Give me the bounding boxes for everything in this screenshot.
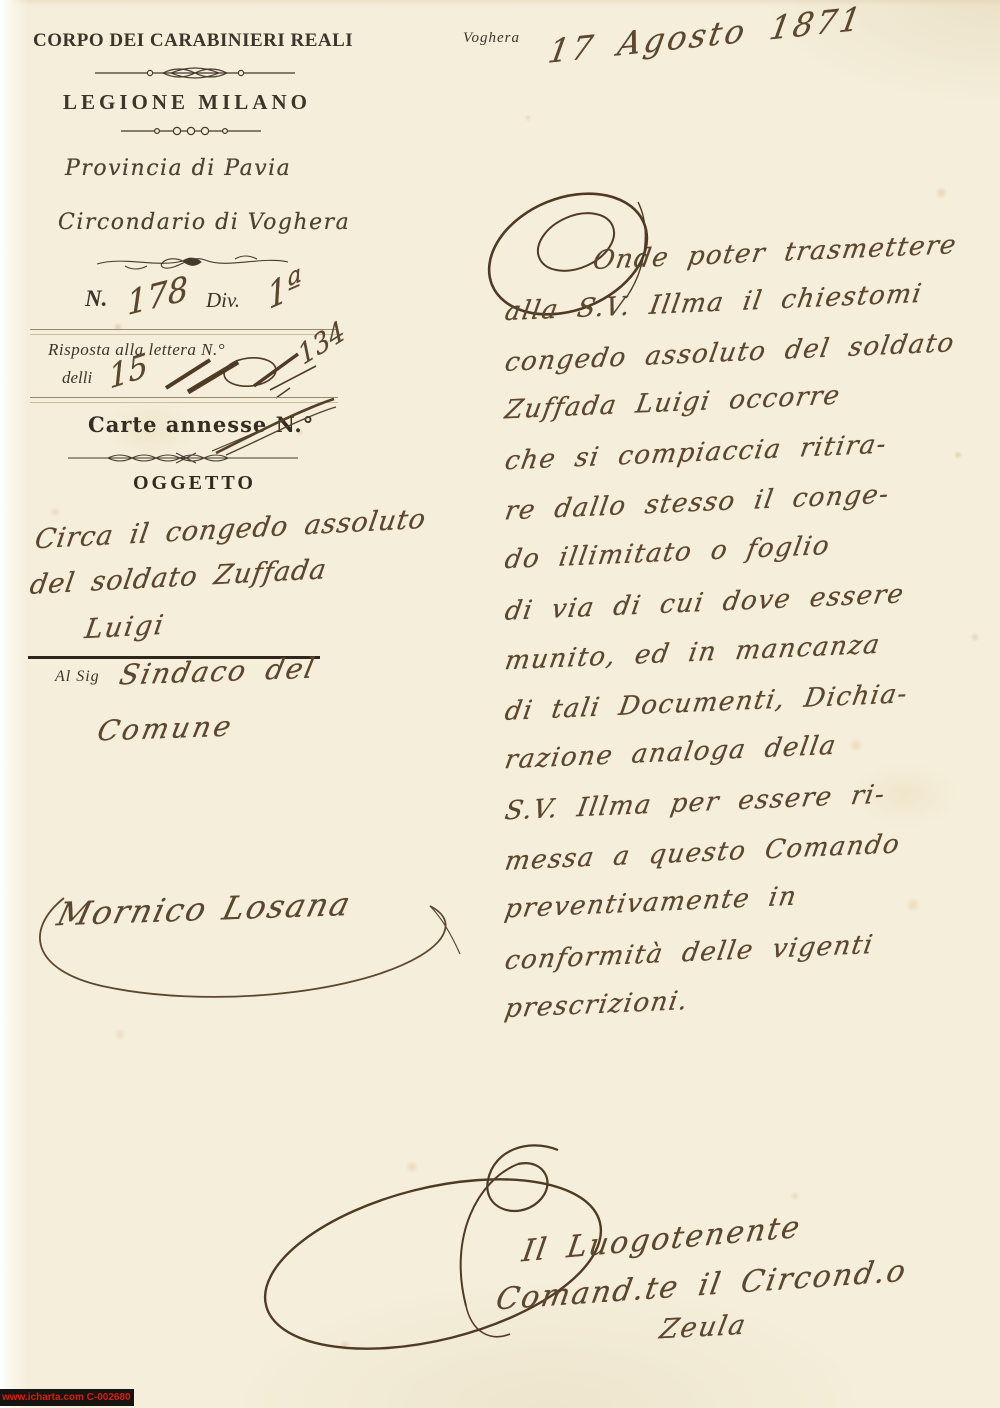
division-label: Div. (206, 288, 240, 313)
recipient-line-1: Sindaco del (117, 651, 320, 691)
body-line: S.V. Illma per essere ri- (503, 780, 888, 827)
body-line: munito, ed in mancanza (503, 630, 883, 677)
number-label: N. (85, 286, 107, 312)
letter-body: Onde poter trasmettere alla S.V. Illma i… (505, 238, 995, 1018)
ink-scribble (158, 342, 323, 400)
salutation-label: Al Sig (55, 668, 100, 686)
subject-heading: OGGETTO (133, 472, 256, 495)
district-line: Circondario di Voghera (58, 210, 350, 235)
body-line: messa a questo Comando (503, 829, 903, 877)
body-line: alla S.V. Illma il chiestomi (503, 279, 925, 327)
body-line: che si compiaccia ritira- (503, 430, 890, 477)
recipient-line-2: Comune (95, 710, 237, 748)
body-line: prescrizioni. (503, 986, 691, 1024)
number-value: 178 (126, 268, 189, 323)
body-line: congedo assoluto del soldato (503, 328, 958, 378)
delli-label: delli (62, 368, 92, 388)
chain-divider-ornament (68, 450, 298, 464)
body-line: preventivamente in (503, 882, 800, 925)
body-line: do illimitato o foglio (503, 531, 833, 575)
flourish-divider-ornament (95, 250, 290, 274)
diamond-divider-ornament (95, 64, 295, 82)
letter-document-page: CORPO DEI CARABINIERI REALI LEGIONE MILA… (0, 0, 1000, 1408)
body-line: Zuffada Luigi occorre (503, 381, 843, 426)
body-line: conformità delle vigenti (503, 930, 876, 976)
body-line: re dallo stesso il conge- (503, 479, 892, 526)
rule-above-reply (30, 329, 338, 335)
attachments-ink-scribble (212, 395, 337, 457)
body-line: di tali Documenti, Dichia- (503, 679, 911, 727)
province-line: Provincia di Pavia (65, 156, 291, 181)
body-line: razione analoga della (503, 731, 840, 776)
place-label: Voghera (463, 30, 520, 47)
signature-name: Zeula (657, 1310, 750, 1346)
subject-line-2: del soldato Zuffada (28, 554, 329, 601)
body-line: di via di cui dove essere (503, 579, 907, 627)
date-value: 17 Agosto 1871 (545, 0, 866, 71)
subject-line-3: Luigi (83, 610, 168, 645)
circle-chain-divider-ornament (121, 124, 261, 138)
legion-title: LEGIONE MILANO (63, 90, 311, 115)
archive-watermark: www.icharta.com C-002680 (0, 1389, 134, 1406)
subject-line-1: Circa il congedo assoluto (33, 504, 429, 556)
corps-title: CORPO DEI CARABINIERI REALI (33, 30, 353, 52)
